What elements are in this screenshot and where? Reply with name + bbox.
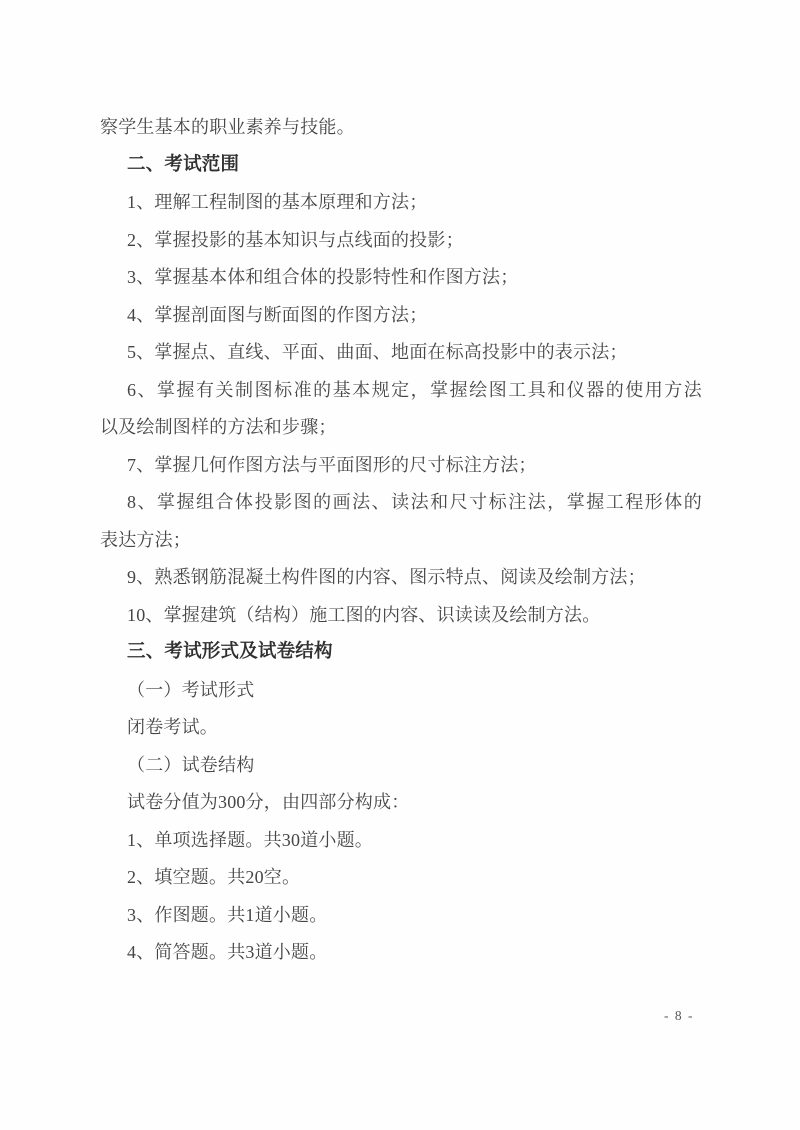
- text-line: 察学生基本的职业素养与技能。: [100, 109, 702, 147]
- section-heading: 二、考试范围: [100, 147, 702, 185]
- text-line: 8、掌握组合体投影图的画法、读法和尺寸标注法，掌握工程形体的: [100, 484, 702, 522]
- text-line: 7、掌握几何作图方法与平面图形的尺寸标注方法；: [100, 447, 702, 485]
- text-line: 5、掌握点、直线、平面、曲面、地面在标高投影中的表示法；: [100, 334, 702, 372]
- document-page: 察学生基本的职业素养与技能。二、考试范围1、理解工程制图的基本原理和方法；2、掌…: [0, 0, 800, 1130]
- text-line: 2、掌握投影的基本知识与点线面的投影；: [100, 222, 702, 260]
- section-heading: 三、考试形式及试卷结构: [100, 634, 702, 672]
- text-line: 6、掌握有关制图标准的基本规定，掌握绘图工具和仪器的使用方法: [100, 372, 702, 410]
- text-line: 以及绘制图样的方法和步骤；: [100, 409, 702, 447]
- text-line: 表达方法；: [100, 522, 702, 560]
- text-line: 4、掌握剖面图与断面图的作图方法；: [100, 297, 702, 335]
- text-line: 1、理解工程制图的基本原理和方法；: [100, 184, 702, 222]
- text-line: （二）试卷结构: [100, 747, 702, 785]
- document-body: 察学生基本的职业素养与技能。二、考试范围1、理解工程制图的基本原理和方法；2、掌…: [100, 109, 702, 972]
- text-line: 3、作图题。共1道小题。: [100, 897, 702, 935]
- text-line: 3、掌握基本体和组合体的投影特性和作图方法；: [100, 259, 702, 297]
- text-line: 试卷分值为300分，由四部分构成：: [100, 784, 702, 822]
- text-line: 4、简答题。共3道小题。: [100, 934, 702, 972]
- text-line: 2、填空题。共20空。: [100, 859, 702, 897]
- text-line: 闭卷考试。: [100, 709, 702, 747]
- page-number: - 8 -: [664, 1006, 694, 1026]
- text-line: 1、单项选择题。共30道小题。: [100, 822, 702, 860]
- text-line: （一）考试形式: [100, 672, 702, 710]
- text-line: 9、熟悉钢筋混凝土构件图的内容、图示特点、阅读及绘制方法；: [100, 559, 702, 597]
- text-line: 10、掌握建筑（结构）施工图的内容、识读读及绘制方法。: [100, 597, 702, 635]
